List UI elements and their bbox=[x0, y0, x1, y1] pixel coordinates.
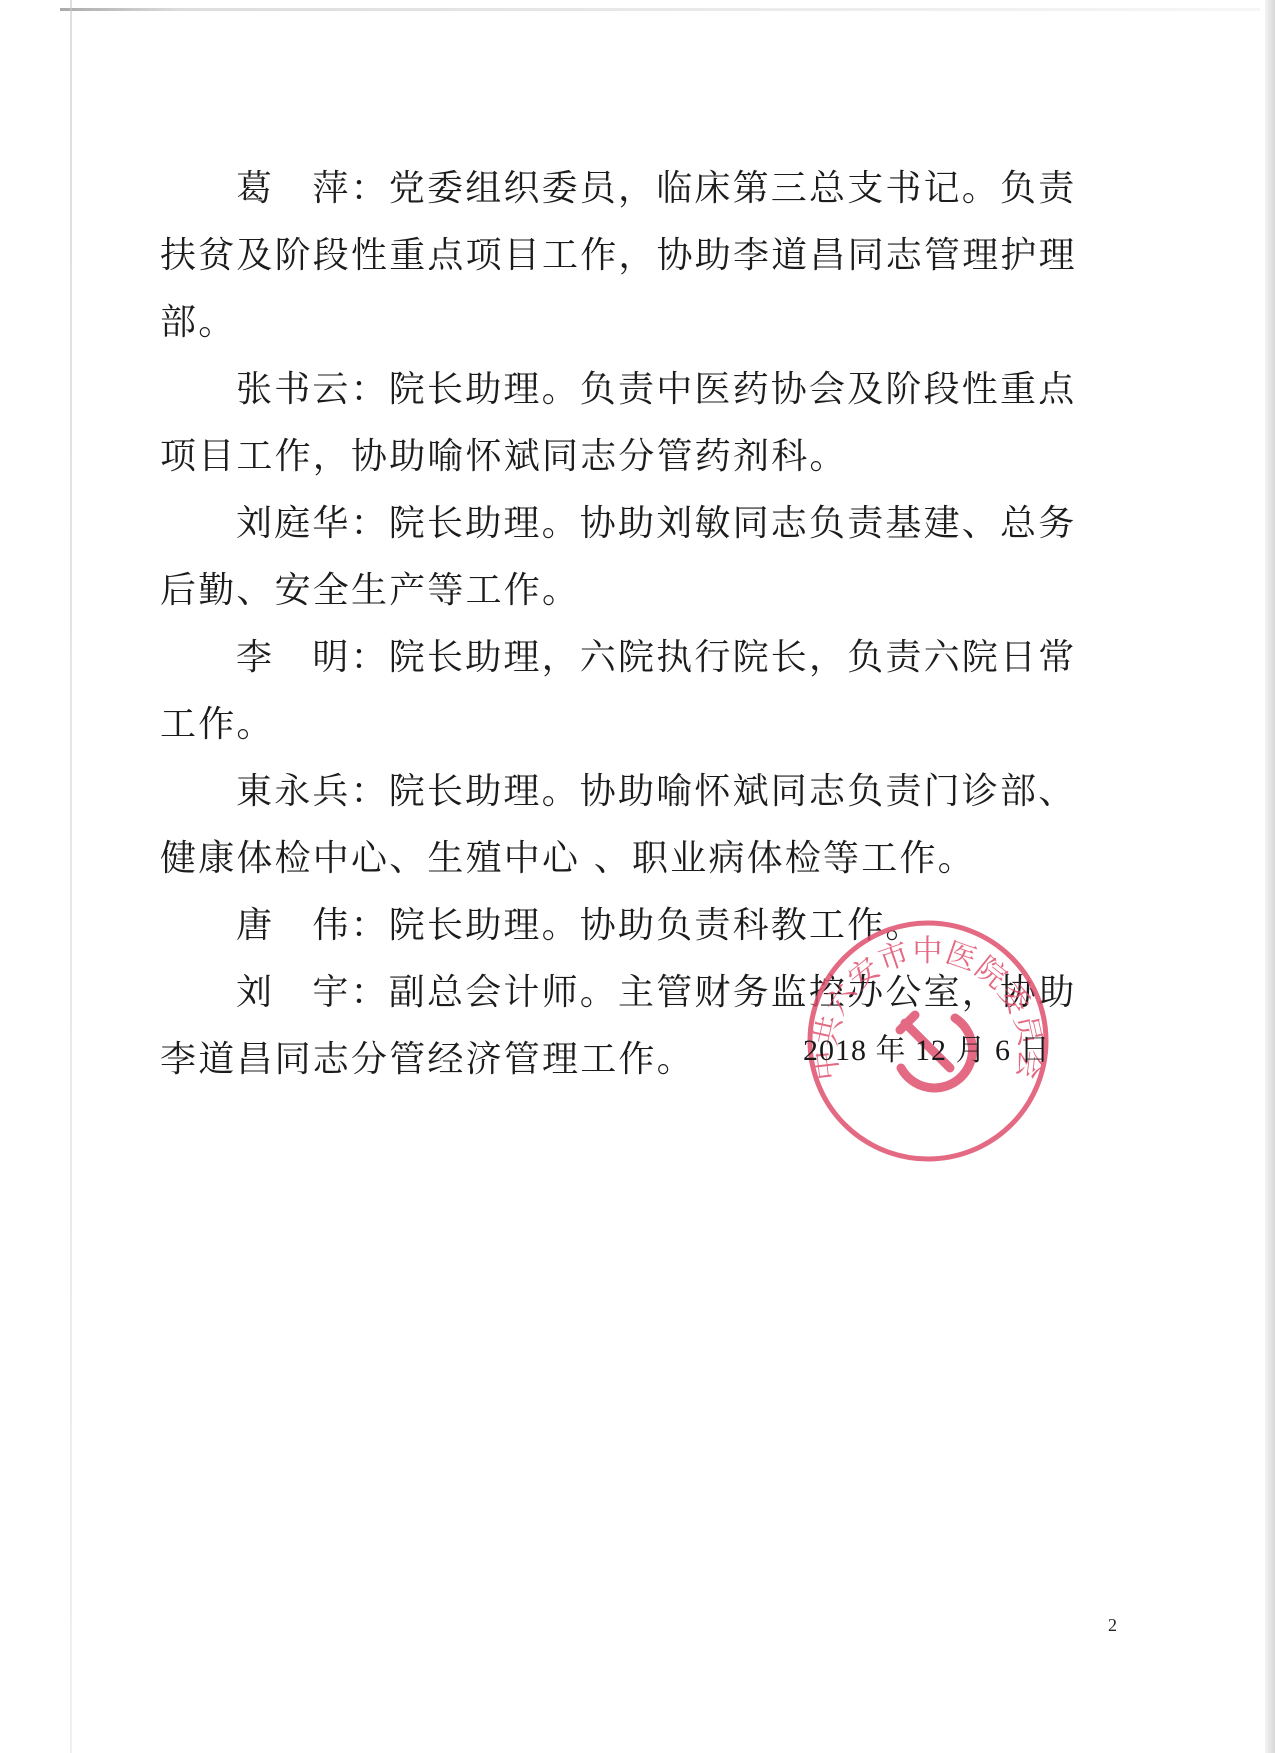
person-name: 李 明 bbox=[236, 637, 351, 678]
page-number: 2 bbox=[1108, 1615, 1117, 1636]
person-name: 刘庭华 bbox=[236, 503, 351, 544]
paragraph-li-ming: 李 明：院长助理，六院执行院长，负责六院日常工作。 bbox=[160, 624, 1105, 758]
document-date: 2018 年 12 月 6 日 bbox=[803, 1025, 1051, 1069]
scan-edge-right bbox=[1265, 0, 1275, 1753]
person-name: 東永兵 bbox=[236, 771, 351, 812]
paragraph-ge-ping: 葛 萍：党委组织委员，临床第三总支书记。负责扶贫及阶段性重点项目工作，协助李道昌… bbox=[160, 155, 1105, 356]
person-name: 张书云 bbox=[236, 369, 351, 410]
paragraph-shu-yongbing: 東永兵：院长助理。协助喻怀斌同志负责门诊部、健康体检中心、生殖中心 、职业病体检… bbox=[160, 758, 1105, 892]
scan-edge-top bbox=[60, 8, 1260, 11]
person-name: 唐 伟 bbox=[236, 905, 351, 946]
paragraph-liu-tinghua: 刘庭华：院长助理。协助刘敏同志负责基建、总务后勤、安全生产等工作。 bbox=[160, 490, 1105, 624]
person-name: 葛 萍 bbox=[236, 168, 351, 209]
scan-edge-left bbox=[70, 0, 72, 1753]
person-name: 刘 宇 bbox=[236, 972, 351, 1013]
paragraph-zhang-shuyun: 张书云：院长助理。负责中医药协会及阶段性重点项目工作，协助喻怀斌同志分管药剂科。 bbox=[160, 356, 1105, 490]
